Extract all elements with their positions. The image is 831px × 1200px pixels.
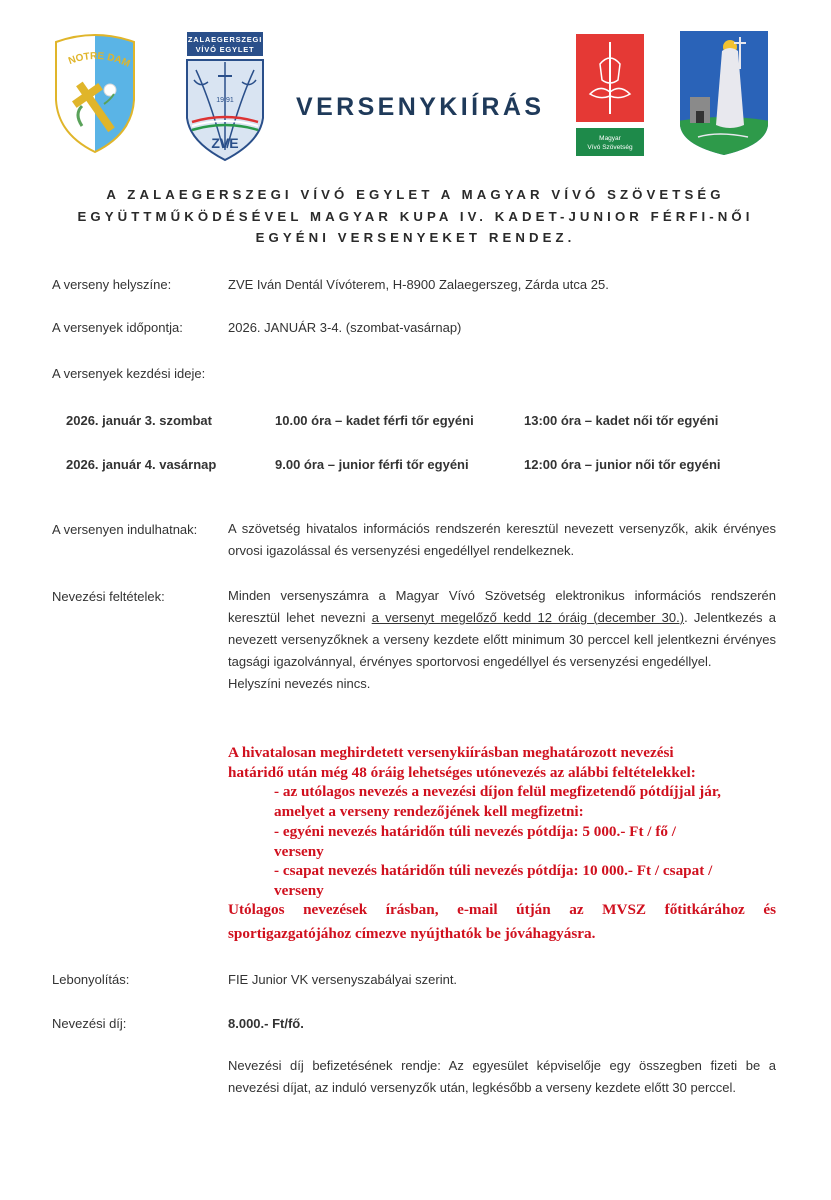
zve-logo: ZALAEGERSZEGI VÍVÓ EGYLET 19 91 ZVE — [180, 30, 272, 162]
late-entry-intro: A hivatalosan meghirdetett versenykiírás… — [228, 743, 776, 763]
date-value: 2026. JANUÁR 3-4. (szombat-vasárnap) — [228, 320, 461, 335]
onsite-entry-note: Helyszíni nevezés nincs. — [228, 673, 776, 695]
schedule-event: 13:00 óra – kadet női tőr egyéni — [524, 413, 718, 428]
rules-label: Lebonyolítás: — [52, 972, 129, 987]
late-entry-closing: Utólagos nevezések írásban, e-mail útján… — [228, 898, 776, 946]
fee-value: 8.000.- Ft/fő. — [228, 1016, 304, 1031]
cross-and-lily-icon: NOTRE DAME — [52, 30, 138, 154]
entry-deadline: a versenyt megelőző kedd 12 óráig (decem… — [372, 610, 684, 625]
svg-text:VÍVÓ EGYLET: VÍVÓ EGYLET — [196, 45, 255, 54]
crossed-foils-icon: ZALAEGERSZEGI VÍVÓ EGYLET 19 91 ZVE — [180, 30, 272, 162]
page-title: VERSENYKIÍRÁS — [296, 93, 544, 122]
rules-value: FIE Junior VK versenyszabályai szerint. — [228, 972, 457, 987]
schedule-day: 2026. január 3. szombat — [66, 413, 212, 428]
intro-heading: A ZALAEGERSZEGI VÍVÓ EGYLET A MAGYAR VÍV… — [40, 184, 791, 249]
schedule-event: 10.00 óra – kadet férfi tőr egyéni — [275, 413, 474, 428]
late-entry-item: - az utólagos nevezés a nevezési díjon f… — [228, 782, 776, 802]
fencing-sword-emblem-icon: Magyar Vívó Szövetség — [576, 34, 644, 156]
venue-value: ZVE Iván Dentál Vívóterem, H-8900 Zalaeg… — [228, 277, 609, 292]
svg-text:19 91: 19 91 — [216, 97, 234, 104]
start-label: A versenyek kezdési ideje: — [52, 366, 205, 381]
mvsz-logo: Magyar Vívó Szövetség — [576, 34, 644, 156]
entry-conditions-text: Minden versenyszámra a Magyar Vívó Szöve… — [228, 585, 776, 695]
svg-text:ZVE: ZVE — [211, 135, 238, 151]
entry-conditions-label: Nevezési feltételek: — [52, 589, 165, 604]
schedule-day: 2026. január 4. vasárnap — [66, 457, 216, 472]
late-entry-item: - egyéni nevezés határidőn túli nevezés … — [228, 822, 776, 842]
fee-payment-text: Nevezési díj befizetésének rendje: Az eg… — [228, 1055, 776, 1099]
schedule-event: 12:00 óra – junior női tőr egyéni — [524, 457, 721, 472]
svg-text:ZALAEGERSZEGI: ZALAEGERSZEGI — [188, 35, 262, 44]
late-entry-item: - csapat nevezés határidőn túli nevezés … — [228, 861, 776, 881]
late-entry-item: amelyet a verseny rendezőjének kell megf… — [228, 802, 776, 822]
notre-dame-logo: NOTRE DAME — [52, 30, 138, 154]
svg-text:Vívó Szövetség: Vívó Szövetség — [587, 144, 633, 151]
eligibility-label: A versenyen indulhatnak: — [52, 522, 197, 537]
zalaegerszeg-coat-of-arms — [678, 29, 770, 157]
late-entry-item: verseny — [228, 842, 776, 862]
venue-label: A verseny helyszíne: — [52, 277, 171, 292]
eligibility-text: A szövetség hivatalos információs rendsz… — [228, 518, 776, 562]
late-entry-intro: határidő után még 48 óráig lehetséges ut… — [228, 763, 776, 783]
saint-with-castle-icon — [678, 29, 770, 157]
late-entry-block: A hivatalosan meghirdetett versenykiírás… — [228, 743, 776, 901]
date-label: A versenyek időpontja: — [52, 320, 183, 335]
schedule-event: 9.00 óra – junior férfi tőr egyéni — [275, 457, 469, 472]
fee-label: Nevezési díj: — [52, 1016, 126, 1031]
svg-text:Magyar: Magyar — [599, 135, 622, 142]
